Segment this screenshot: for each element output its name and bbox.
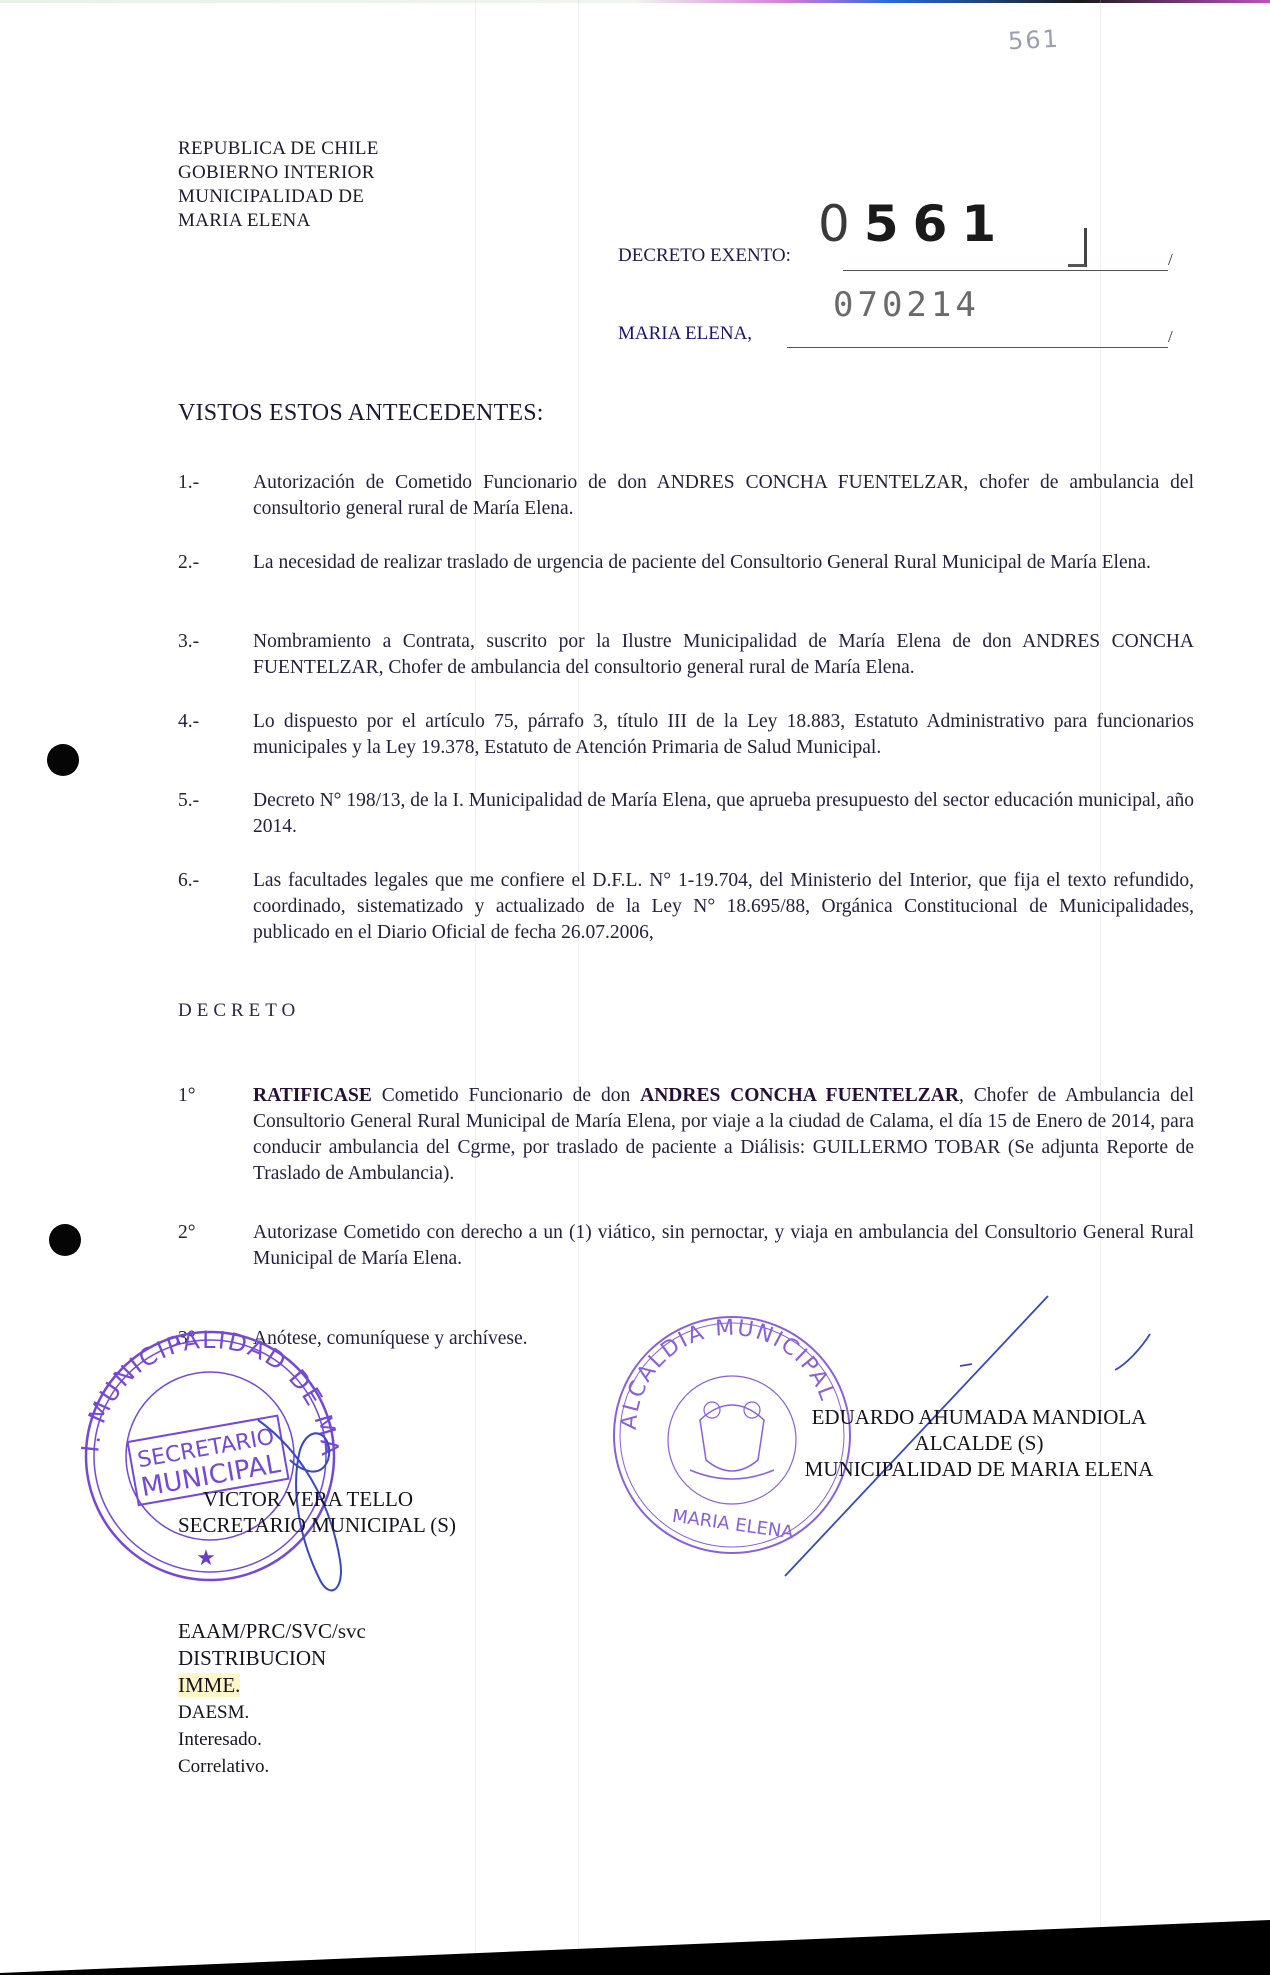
distribution-item: DAESM. [178, 1699, 366, 1726]
mayor-title: ALCALDE (S) [789, 1430, 1169, 1456]
svg-text:★: ★ [196, 1545, 216, 1570]
mayor-org: MUNICIPALIDAD DE MARIA ELENA [789, 1456, 1169, 1482]
initials: EAAM/PRC/SVC/svc [178, 1618, 366, 1645]
distribution-item: Correlativo. [178, 1753, 366, 1780]
distribution-item: IMME. [178, 1673, 240, 1697]
svg-text:MARIA ELENA: MARIA ELENA [671, 1506, 796, 1544]
mayor-signature-block: EDUARDO AHUMADA MANDIOLA ALCALDE (S) MUN… [789, 1404, 1169, 1482]
scan-bottom-edge [0, 1895, 1270, 1975]
distribution-block: EAAM/PRC/SVC/svc DISTRIBUCION IMME. DAES… [178, 1618, 366, 1780]
secretary-name: VICTOR VERA TELLO [178, 1486, 456, 1512]
secretary-signature-block: VICTOR VERA TELLO SECRETARIO MUNICIPAL (… [178, 1486, 456, 1538]
svg-text:I. MUNICIPALIDAD DE MARIA ELEN: I. MUNICIPALIDAD DE MARIA ELENA [0, 0, 344, 1459]
mayor-name: EDUARDO AHUMADA MANDIOLA [789, 1404, 1169, 1430]
secretary-seal-stamp: I. MUNICIPALIDAD DE MARIA ELENA SECRETAR… [0, 0, 344, 1580]
secretary-title: SECRETARIO MUNICIPAL (S) [178, 1512, 456, 1538]
distribution-item: Interesado. [178, 1726, 366, 1753]
scanned-decree-page: 561 REPUBLICA DE CHILE GOBIERNO INTERIOR… [0, 0, 1270, 1975]
distribution-title: DISTRIBUCION [178, 1645, 366, 1672]
